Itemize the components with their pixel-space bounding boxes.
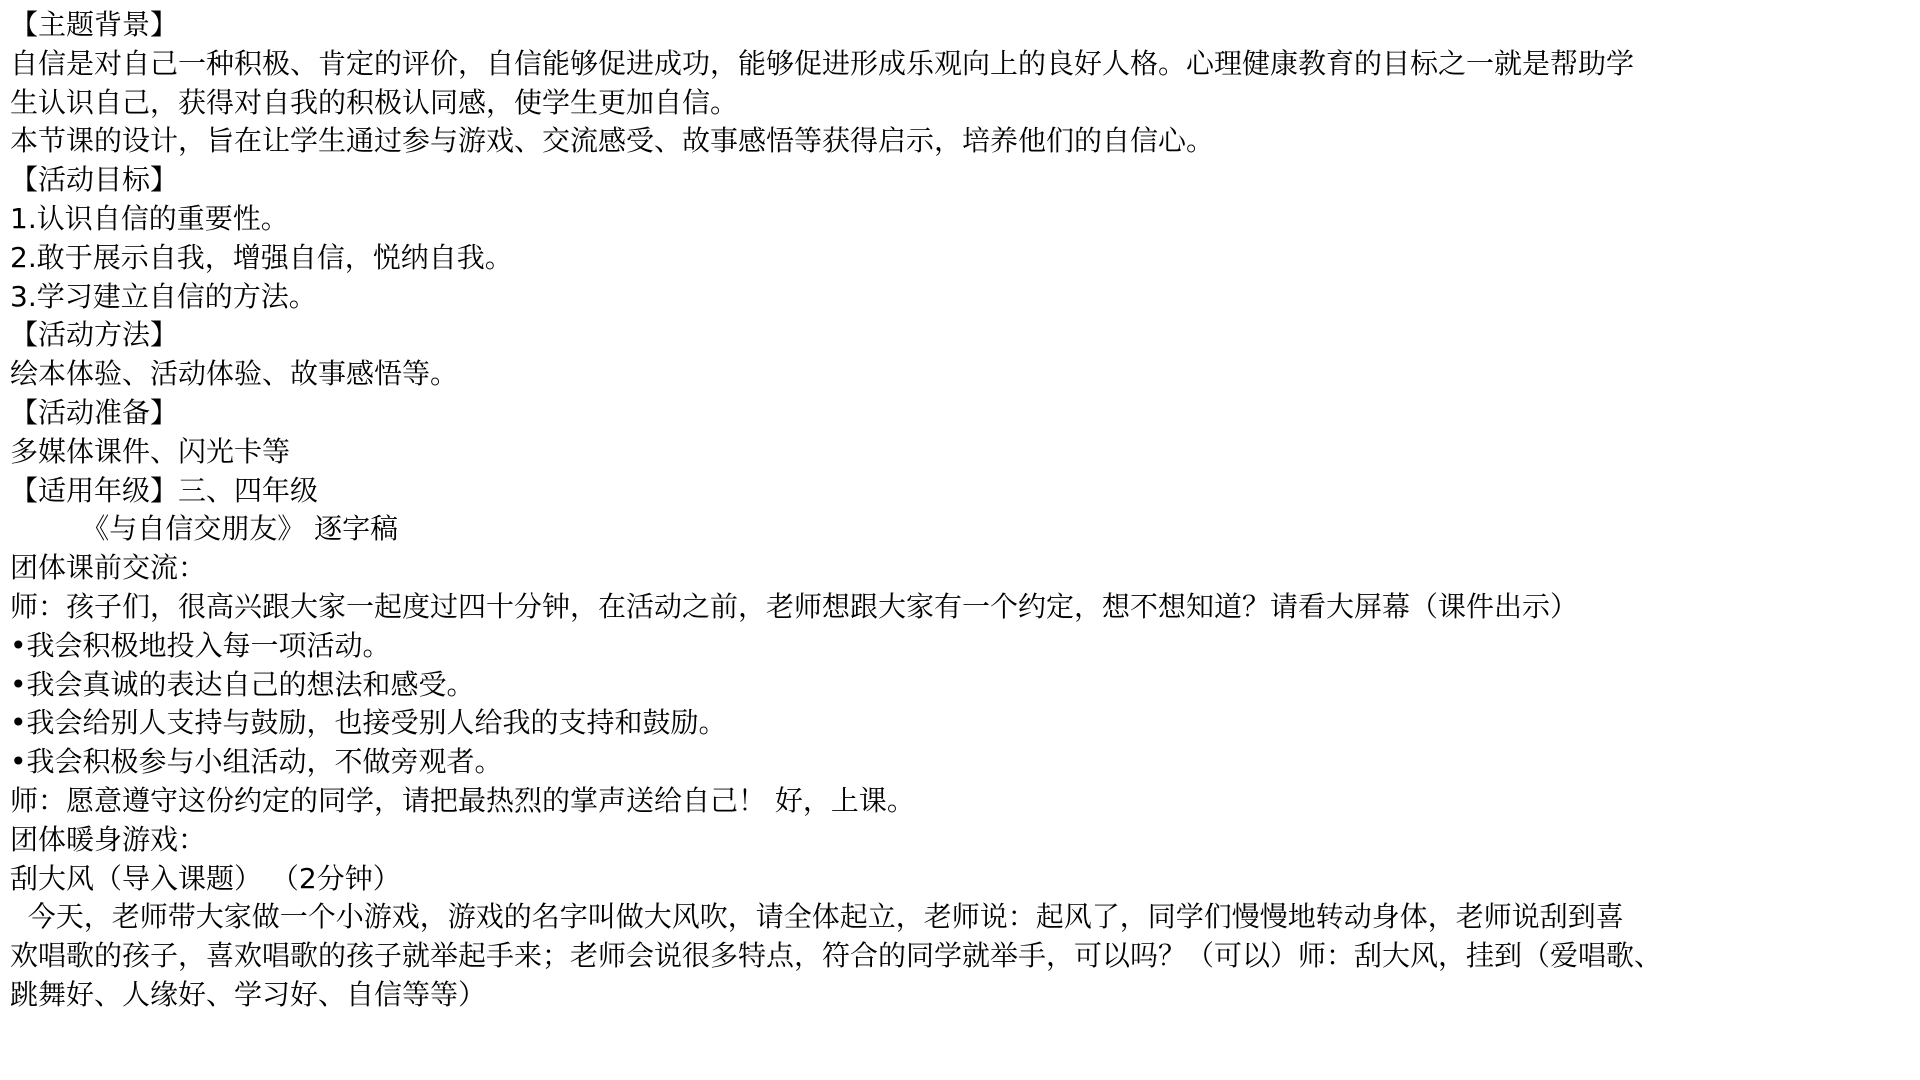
paragraph-line: 绘本体验、活动体验、故事感悟等。 (10, 355, 1912, 394)
document-subtitle: 《与自信交朋友》 逐字稿 (10, 510, 1912, 549)
numbered-item-1: 1.认识自信的重要性。 (10, 200, 1912, 239)
paragraph-line: 刮大风（导入课题） （2分钟） (10, 860, 1912, 899)
section-heading-applicable-grades: 【适用年级】三、四年级 (10, 472, 1912, 511)
paragraph-line: 多媒体课件、闪光卡等 (10, 433, 1912, 472)
section-heading-activity-goals: 【活动目标】 (10, 161, 1912, 200)
section-heading-theme-background: 【主题背景】 (10, 6, 1912, 45)
paragraph-line: 本节课的设计，旨在让学生通过参与游戏、交流感受、故事感悟等获得启示，培养他们的自… (10, 122, 1912, 161)
paragraph-line: 跳舞好、人缘好、学习好、自信等等） (10, 976, 1912, 1015)
section-heading-activity-preparation: 【活动准备】 (10, 394, 1912, 433)
document-page: 【主题背景】 自信是对自己一种积极、肯定的评价，自信能够促进成功，能够促进形成乐… (0, 0, 1920, 1080)
bullet-item-1: •我会积极地投入每一项活动。 (10, 627, 1912, 666)
paragraph-line: 团体暖身游戏： (10, 821, 1912, 860)
section-heading-activity-methods: 【活动方法】 (10, 316, 1912, 355)
paragraph-line: 自信是对自己一种积极、肯定的评价，自信能够促进成功，能够促进形成乐观向上的良好人… (10, 45, 1912, 84)
bullet-item-2: •我会真诚的表达自己的想法和感受。 (10, 666, 1912, 705)
paragraph-line: 团体课前交流： (10, 549, 1912, 588)
numbered-item-2: 2.敢于展示自我，增强自信，悦纳自我。 (10, 239, 1912, 278)
paragraph-line: 师：孩子们，很高兴跟大家一起度过四十分钟，在活动之前，老师想跟大家有一个约定，想… (10, 588, 1912, 627)
bullet-item-4: •我会积极参与小组活动，不做旁观者。 (10, 743, 1912, 782)
paragraph-line: 今天，老师带大家做一个小游戏，游戏的名字叫做大风吹，请全体起立，老师说：起风了，… (10, 898, 1912, 937)
paragraph-line: 生认识自己，获得对自我的积极认同感，使学生更加自信。 (10, 84, 1912, 123)
numbered-item-3: 3.学习建立自信的方法。 (10, 278, 1912, 317)
paragraph-line: 欢唱歌的孩子，喜欢唱歌的孩子就举起手来；老师会说很多特点，符合的同学就举手，可以… (10, 937, 1912, 976)
paragraph-line: 师：愿意遵守这份约定的同学，请把最热烈的掌声送给自己！ 好，上课。 (10, 782, 1912, 821)
bullet-item-3: •我会给别人支持与鼓励，也接受别人给我的支持和鼓励。 (10, 704, 1912, 743)
